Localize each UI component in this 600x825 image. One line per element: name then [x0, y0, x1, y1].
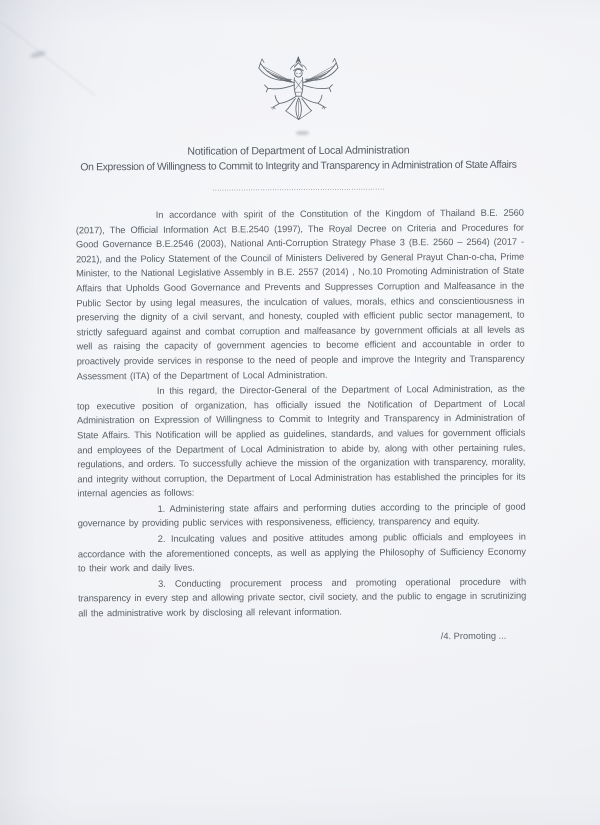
paragraph-preamble: In accordance with spirit of the Constit… [76, 206, 525, 384]
list-item-2: 2. Inculcating values and positive attit… [78, 530, 526, 577]
document-title-line2: On Expression of Willingness to Commit t… [0, 157, 599, 177]
document-sheet: Notification of Department of Local Admi… [0, 0, 600, 825]
list-item-3: 3. Conducting procurement process and pr… [78, 574, 526, 621]
emblem-container [0, 53, 598, 141]
document-body: In accordance with spirit of the Constit… [0, 205, 600, 621]
document-title-block: Notification of Department of Local Admi… [0, 141, 599, 177]
garuda-emblem-icon [249, 55, 347, 140]
dotted-divider: ........................................… [0, 184, 599, 194]
scanned-document-page: Notification of Department of Local Admi… [0, 0, 600, 825]
paragraph-in-this-regard: In this regard, the Director-General of … [77, 382, 526, 501]
list-item-1: 1. Administering state affairs and perfo… [78, 499, 526, 531]
page-continuation-note: /4. Promoting ... [1, 630, 600, 644]
